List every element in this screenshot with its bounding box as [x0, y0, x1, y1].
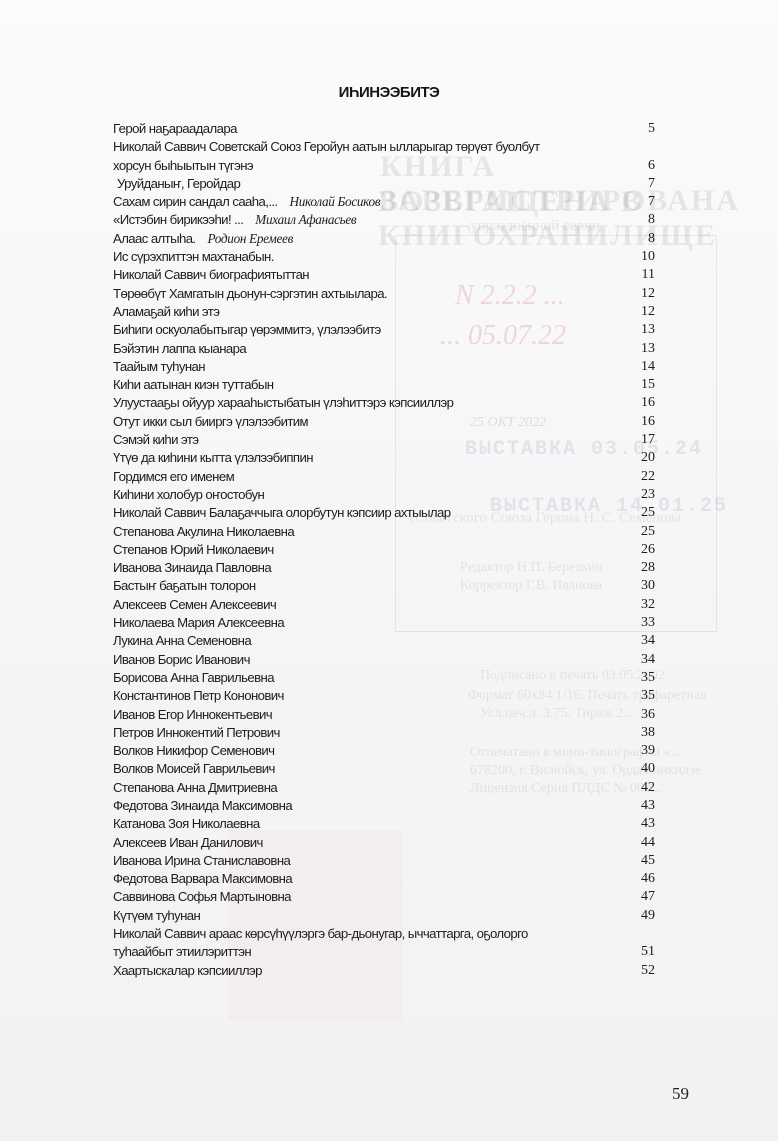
- toc-entry: Борисова Анна Гаврильевна35: [113, 669, 655, 687]
- toc-entry-title: Киһи аатынан киэн туттабын: [113, 376, 635, 394]
- toc-entry-page: 35: [635, 669, 655, 687]
- toc-entry: Алаас алтыһа.Родион Еремеев8: [113, 230, 655, 248]
- toc-entry-text: Алексеев Семен Алексеевич: [113, 597, 276, 612]
- toc-entry-text: Сахам сирин сандал сааһа,...: [113, 194, 278, 209]
- toc-entry: Күтүөм туһунан49: [113, 907, 655, 925]
- toc-entry-title: Алексеев Семен Алексеевич: [113, 596, 635, 614]
- toc-entry: Николаева Мария Алексеевна33: [113, 614, 655, 632]
- toc-entry-title: Иванов Егор Иннокентьевич: [113, 706, 635, 724]
- toc-entry: Отут икки сыл бииргэ үлэлээбитим16: [113, 413, 655, 431]
- toc-entry-page: 7: [635, 175, 655, 193]
- toc-entry: Хаартыскалар кэпсииллэр52: [113, 962, 655, 980]
- toc-entry-text: Аламаҕай киһи этэ: [113, 304, 219, 319]
- toc-entry-title: Николай Саввич Советскай Союз Геройун аа…: [113, 138, 635, 156]
- toc-entry: Бастыҥ баҕатын толорон30: [113, 577, 655, 595]
- toc-entry-page: 39: [635, 742, 655, 760]
- toc-entry-title: Улуустааҕы ойуур харааһыстыбатын үлэһитт…: [113, 394, 635, 412]
- toc-entry-title: Киһини холобур оҥостобун: [113, 486, 635, 504]
- toc-entry-title: Гордимся его именем: [113, 468, 635, 486]
- toc-entry-page: 28: [635, 559, 655, 577]
- toc-entry-text: Бастыҥ баҕатын толорон: [113, 578, 256, 593]
- toc-entry: Николай Саввич араас көрсүһүүлэргэ бар-д…: [113, 925, 655, 943]
- toc-entry-text: Киһини холобур оҥостобун: [113, 487, 264, 502]
- toc-entry: Федотова Варвара Максимовна46: [113, 870, 655, 888]
- toc-entry: Иванова Ирина Станиславовна45: [113, 852, 655, 870]
- toc-entry-page: 7: [635, 193, 655, 211]
- toc-entry-text: Иванова Ирина Станиславовна: [113, 853, 290, 868]
- toc-entry: «Истэбин бирикээһи! ...Михаил Афанасьев8: [113, 211, 655, 229]
- toc-entry-title: Николай Саввич биографиятыттан: [113, 266, 635, 284]
- toc-entry-title: Ис сүрэхпиттэн махтанабын.: [113, 248, 635, 266]
- toc-entry-page: 25: [635, 523, 655, 541]
- toc-entry: Константинов Петр Кононович35: [113, 687, 655, 705]
- toc-entry-text: Сэмэй киһи этэ: [113, 432, 198, 447]
- toc-entry-page: 17: [635, 431, 655, 449]
- toc-entry: Волков Никифор Семенович39: [113, 742, 655, 760]
- toc-entry: Ис сүрэхпиттэн махтанабын.10: [113, 248, 655, 266]
- toc-entry-page: 47: [635, 888, 655, 906]
- toc-entry: Төрөөбүт Хамгатын дьонун-сэргэтин ахтыыл…: [113, 285, 655, 303]
- toc-entry-page: 13: [635, 321, 655, 339]
- toc-entry-text: Отут икки сыл бииргэ үлэлээбитим: [113, 414, 308, 429]
- toc-entry: Николай Саввич Советскай Союз Геройун аа…: [113, 138, 655, 156]
- toc-entry-text: хорсун быһыытын түгэнэ: [113, 158, 253, 173]
- toc-entry-title: Алексеев Иван Данилович: [113, 834, 635, 852]
- toc-entry-title: Иванова Ирина Станиславовна: [113, 852, 635, 870]
- toc-entry-text: туһаайбыт этиилэриттэн: [113, 944, 251, 959]
- toc-entry-text: Иванов Егор Иннокентьевич: [113, 707, 272, 722]
- toc-entry-title: Федотова Зинаида Максимовна: [113, 797, 635, 815]
- toc-entry-title: Федотова Варвара Максимовна: [113, 870, 635, 888]
- toc-entry-text: Күтүөм туһунан: [113, 908, 200, 923]
- toc-entry: Сахам сирин сандал сааһа,...Николай Боси…: [113, 193, 655, 211]
- toc-entry-title: Алаас алтыһа.Родион Еремеев: [113, 230, 635, 248]
- toc-entry-title: Биһиги оскуолабытыгар үөрэммитэ, үлэлээб…: [113, 321, 635, 339]
- toc-entry-text: Иванова Зинаида Павловна: [113, 560, 271, 575]
- toc-entry-text: Борисова Анна Гаврильевна: [113, 670, 274, 685]
- toc-entry: хорсун быһыытын түгэнэ6: [113, 157, 655, 175]
- toc-entry: Иванов Борис Иванович34: [113, 651, 655, 669]
- toc-entry: Киһини холобур оҥостобун23: [113, 486, 655, 504]
- toc-entry-title: Иванова Зинаида Павловна: [113, 559, 635, 577]
- toc-entry: Николай Саввич Балаҕаччыга олорбутун кэп…: [113, 504, 655, 522]
- toc-entry: Лукина Анна Семеновна34: [113, 632, 655, 650]
- toc-entry-title: Аламаҕай киһи этэ: [113, 303, 635, 321]
- toc-entry: Сэмэй киһи этэ17: [113, 431, 655, 449]
- toc-entry-text: Хаартыскалар кэпсииллэр: [113, 963, 262, 978]
- toc-entry-page: 26: [635, 541, 655, 559]
- toc-entry-page: 13: [635, 340, 655, 358]
- toc-entry-title: хорсун быһыытын түгэнэ: [113, 157, 635, 175]
- toc-entry-page: 35: [635, 687, 655, 705]
- toc-entry-page: 12: [635, 285, 655, 303]
- toc-entry-page: 15: [635, 376, 655, 394]
- toc-entry-page: 42: [635, 779, 655, 797]
- document-page: КНИГА ЗАРЕГИСТРИРОВАНА ВОЗВРАЩЕНА В КНИГ…: [0, 0, 778, 1141]
- toc-entry-page: 32: [635, 596, 655, 614]
- toc-entry: туһаайбыт этиилэриттэн51: [113, 943, 655, 961]
- page-number: 59: [672, 1084, 689, 1104]
- toc-entry-text: Төрөөбүт Хамгатын дьонун-сэргэтин ахтыыл…: [113, 286, 387, 301]
- toc-entry: Саввинова Софья Мартыновна47: [113, 888, 655, 906]
- toc-entry-page: 52: [635, 962, 655, 980]
- toc-entry-text: Алаас алтыһа.: [113, 231, 196, 246]
- toc-entry-title: Бэйэтин лаппа кыанара: [113, 340, 635, 358]
- toc-entry-text: Петров Иннокентий Петрович: [113, 725, 280, 740]
- toc-entry-page: 14: [635, 358, 655, 376]
- toc-entry: Аламаҕай киһи этэ12: [113, 303, 655, 321]
- toc-entry: Николай Саввич биографиятыттан11: [113, 266, 655, 284]
- toc-entry-title: Волков Моисей Гаврильевич: [113, 760, 635, 778]
- toc-entry-page: 5: [635, 120, 655, 138]
- toc-entry: Степанова Анна Дмитриевна42: [113, 779, 655, 797]
- toc-entry: Иванов Егор Иннокентьевич36: [113, 706, 655, 724]
- toc-entry-title: Үтүө да киһини кытта үлэлээбиппин: [113, 449, 635, 467]
- toc-entry: Уруйданыҥ, Геройдар7: [113, 175, 655, 193]
- toc-entry: Волков Моисей Гаврильевич40: [113, 760, 655, 778]
- toc-entry-text: Николай Саввич Балаҕаччыга олорбутун кэп…: [113, 505, 450, 520]
- toc-entry-page: 43: [635, 815, 655, 833]
- toc-entry-text: Герой наҕараадалара: [113, 121, 237, 136]
- toc-entry-text: Николай Саввич араас көрсүһүүлэргэ бар-д…: [113, 926, 528, 941]
- toc-entry: Степанова Акулина Николаевна25: [113, 523, 655, 541]
- toc-entry-page: 23: [635, 486, 655, 504]
- toc-entry-page: 10: [635, 248, 655, 266]
- toc-entry-text: Таайым туһунан: [113, 359, 205, 374]
- toc-entry-page: 46: [635, 870, 655, 888]
- toc-entry-page: 36: [635, 706, 655, 724]
- toc-entry: Улуустааҕы ойуур харааһыстыбатын үлэһитт…: [113, 394, 655, 412]
- toc-entry-page: 45: [635, 852, 655, 870]
- toc-entry-title: Степанова Акулина Николаевна: [113, 523, 635, 541]
- toc-entry-title: Бастыҥ баҕатын толорон: [113, 577, 635, 595]
- toc-entry-page: 12: [635, 303, 655, 321]
- toc-entry-title: Герой наҕараадалара: [113, 120, 635, 138]
- toc-entry-page: 8: [635, 211, 655, 229]
- toc-entry-text: Алексеев Иван Данилович: [113, 835, 263, 850]
- toc-entry-title: Сахам сирин сандал сааһа,...Николай Боси…: [113, 193, 635, 211]
- toc-entry-page: 30: [635, 577, 655, 595]
- toc-entry-page: 8: [635, 230, 655, 248]
- toc-entry-title: Катанова Зоя Николаевна: [113, 815, 635, 833]
- toc-entry: Катанова Зоя Николаевна43: [113, 815, 655, 833]
- toc-entry: Герой наҕараадалара5: [113, 120, 655, 138]
- toc-entry-title: «Истэбин бирикээһи! ...Михаил Афанасьев: [113, 211, 635, 229]
- toc-entry-title: Хаартыскалар кэпсииллэр: [113, 962, 635, 980]
- toc-entry-text: Киһи аатынан киэн туттабын: [113, 377, 273, 392]
- toc-entry-title: Волков Никифор Семенович: [113, 742, 635, 760]
- toc-entry-text: Ис сүрэхпиттэн махтанабын.: [113, 249, 274, 264]
- toc-entry-text: Степанова Акулина Николаевна: [113, 524, 294, 539]
- toc-entry-title: туһаайбыт этиилэриттэн: [113, 943, 635, 961]
- toc-entry-page: 38: [635, 724, 655, 742]
- table-of-contents: Герой наҕараадалара5Николай Саввич Совет…: [113, 120, 655, 980]
- toc-entry-page: 51: [635, 943, 655, 961]
- toc-entry-title: Уруйданыҥ, Геройдар: [113, 175, 635, 193]
- toc-entry-title: Отут икки сыл бииргэ үлэлээбитим: [113, 413, 635, 431]
- toc-entry: Киһи аатынан киэн туттабын15: [113, 376, 655, 394]
- toc-entry-text: Николай Саввич биографиятыттан: [113, 267, 309, 282]
- toc-entry-page: 34: [635, 651, 655, 669]
- toc-entry-text: Улуустааҕы ойуур харааһыстыбатын үлэһитт…: [113, 395, 453, 410]
- toc-entry-title: Петров Иннокентий Петрович: [113, 724, 635, 742]
- toc-entry-page: 34: [635, 632, 655, 650]
- toc-entry-title: Степанов Юрий Николаевич: [113, 541, 635, 559]
- toc-entry-page: 22: [635, 468, 655, 486]
- toc-entry-page: 44: [635, 834, 655, 852]
- toc-entry-title: Күтүөм туһунан: [113, 907, 635, 925]
- toc-entry-title: Сэмэй киһи этэ: [113, 431, 635, 449]
- toc-entry-text: Катанова Зоя Николаевна: [113, 816, 260, 831]
- toc-entry-title: Николай Саввич Балаҕаччыга олорбутун кэп…: [113, 504, 635, 522]
- toc-entry-author: Родион Еремеев: [208, 231, 294, 246]
- toc-entry-title: Таайым туһунан: [113, 358, 635, 376]
- toc-entry-text: Саввинова Софья Мартыновна: [113, 889, 291, 904]
- toc-entry-text: «Истэбин бирикээһи! ...: [113, 212, 243, 227]
- toc-entry: Биһиги оскуолабытыгар үөрэммитэ, үлэлээб…: [113, 321, 655, 339]
- toc-entry-title: Николай Саввич араас көрсүһүүлэргэ бар-д…: [113, 925, 635, 943]
- toc-entry: Алексеев Иван Данилович44: [113, 834, 655, 852]
- toc-entry-text: Константинов Петр Кононович: [113, 688, 284, 703]
- toc-entry: Таайым туһунан14: [113, 358, 655, 376]
- toc-entry-page: 25: [635, 504, 655, 522]
- toc-entry-page: 11: [635, 266, 655, 284]
- toc-entry: Гордимся его именем22: [113, 468, 655, 486]
- toc-entry-title: Константинов Петр Кононович: [113, 687, 635, 705]
- toc-entry-page: 33: [635, 614, 655, 632]
- toc-entry-text: Гордимся его именем: [113, 469, 234, 484]
- toc-entry-text: Степанова Анна Дмитриевна: [113, 780, 277, 795]
- toc-entry-text: Иванов Борис Иванович: [113, 652, 250, 667]
- toc-entry-title: Николаева Мария Алексеевна: [113, 614, 635, 632]
- toc-entry-page: 16: [635, 394, 655, 412]
- toc-entry: Федотова Зинаида Максимовна43: [113, 797, 655, 815]
- toc-entry-text: Николаева Мария Алексеевна: [113, 615, 284, 630]
- toc-entry: Иванова Зинаида Павловна28: [113, 559, 655, 577]
- toc-entry-text: Волков Никифор Семенович: [113, 743, 274, 758]
- toc-entry-title: Борисова Анна Гаврильевна: [113, 669, 635, 687]
- toc-entry-text: Уруйданыҥ, Геройдар: [117, 176, 240, 191]
- toc-entry: Степанов Юрий Николаевич26: [113, 541, 655, 559]
- toc-entry-title: Лукина Анна Семеновна: [113, 632, 635, 650]
- toc-entry-page: 40: [635, 760, 655, 778]
- toc-entry: Бэйэтин лаппа кыанара13: [113, 340, 655, 358]
- toc-entry-title: Степанова Анна Дмитриевна: [113, 779, 635, 797]
- toc-entry-text: Волков Моисей Гаврильевич: [113, 761, 275, 776]
- toc-entry-author: Михаил Афанасьев: [255, 212, 356, 227]
- toc-title: ИҺИНЭЭБИТЭ: [0, 84, 778, 101]
- toc-entry-title: Иванов Борис Иванович: [113, 651, 635, 669]
- toc-entry-page: 43: [635, 797, 655, 815]
- toc-entry-text: Бэйэтин лаппа кыанара: [113, 341, 246, 356]
- toc-entry-text: Биһиги оскуолабытыгар үөрэммитэ, үлэлээб…: [113, 322, 381, 337]
- toc-entry-page: 49: [635, 907, 655, 925]
- toc-entry-text: Николай Саввич Советскай Союз Геройун аа…: [113, 139, 540, 154]
- toc-entry-title: Саввинова Софья Мартыновна: [113, 888, 635, 906]
- toc-entry-title: Төрөөбүт Хамгатын дьонун-сэргэтин ахтыыл…: [113, 285, 635, 303]
- toc-entry-author: Николай Босиков: [290, 194, 381, 209]
- toc-entry: Үтүө да киһини кытта үлэлээбиппин20: [113, 449, 655, 467]
- toc-entry-text: Федотова Варвара Максимовна: [113, 871, 292, 886]
- toc-entry-page: 20: [635, 449, 655, 467]
- toc-entry-page: 16: [635, 413, 655, 431]
- toc-entry-page: 6: [635, 157, 655, 175]
- toc-entry-text: Федотова Зинаида Максимовна: [113, 798, 292, 813]
- toc-entry-text: Степанов Юрий Николаевич: [113, 542, 274, 557]
- toc-entry: Алексеев Семен Алексеевич32: [113, 596, 655, 614]
- toc-entry-text: Үтүө да киһини кытта үлэлээбиппин: [113, 450, 313, 465]
- toc-entry: Петров Иннокентий Петрович38: [113, 724, 655, 742]
- toc-entry-text: Лукина Анна Семеновна: [113, 633, 251, 648]
